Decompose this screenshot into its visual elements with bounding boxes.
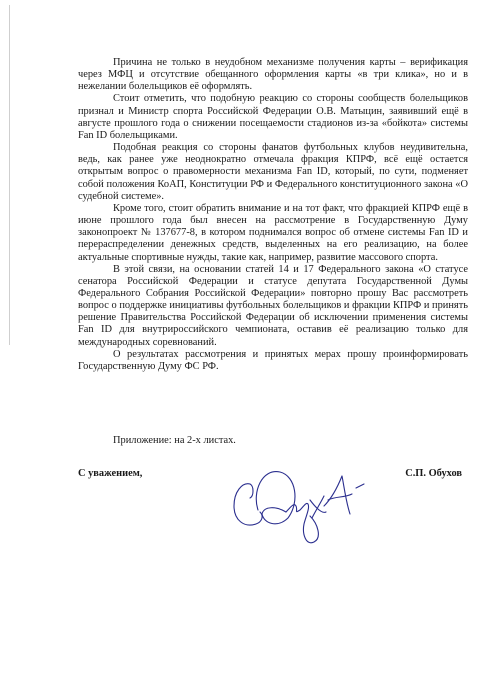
paragraph-request: В этой связи, на основании статей 14 и 1… <box>78 264 468 349</box>
paragraph-reaction: Подобная реакция со стороны фанатов футб… <box>78 142 468 203</box>
closing-salutation: С уважением, <box>78 468 142 479</box>
scan-edge-line <box>9 5 10 345</box>
letter-body: Причина не только в неудобном механизме … <box>78 57 468 373</box>
attachment-note: Приложение: на 2-х листах. <box>113 435 236 447</box>
paragraph-bill: Кроме того, стоит обратить внимание и на… <box>78 203 468 264</box>
paragraph-reason: Причина не только в неудобном механизме … <box>78 57 468 93</box>
handwritten-signature-icon <box>228 462 368 547</box>
paragraph-inform: О результатах рассмотрения и принятых ме… <box>78 349 468 373</box>
paragraph-minister: Стоит отметить, что подобную реакцию со … <box>78 93 468 142</box>
signer-name: С.П. Обухов <box>405 468 462 479</box>
